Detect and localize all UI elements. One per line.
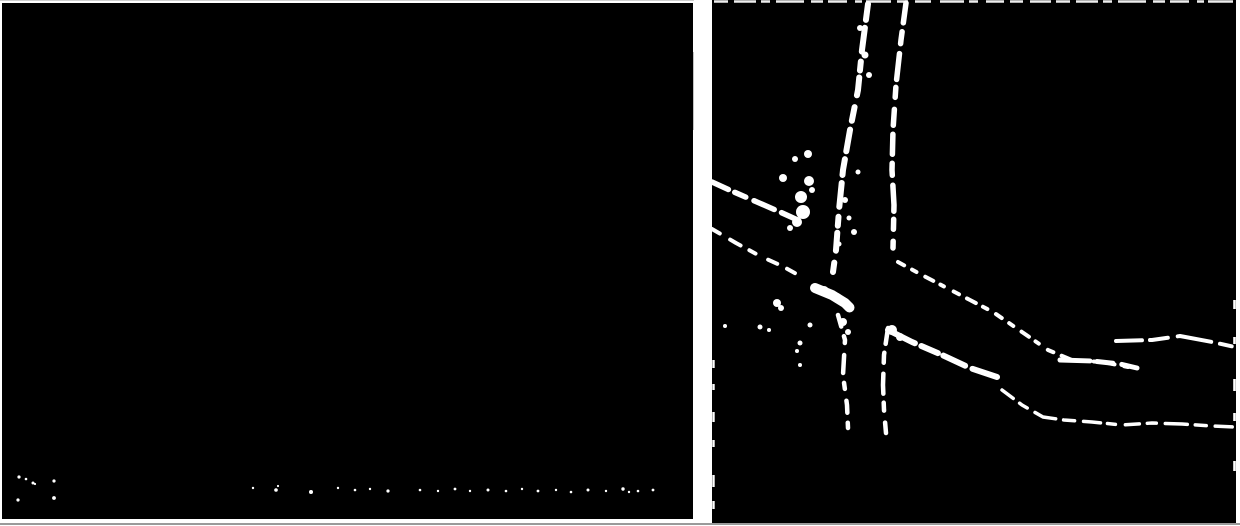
- speck: [795, 191, 807, 203]
- speck: [795, 349, 799, 353]
- speck: [628, 491, 630, 493]
- speck: [866, 72, 872, 78]
- wireB-bottom-edge-right-thin: [1002, 390, 1235, 427]
- speck: [309, 490, 313, 494]
- speck: [537, 490, 540, 493]
- speck: [798, 363, 802, 367]
- speck: [856, 170, 861, 175]
- speck: [17, 475, 20, 478]
- speck: [847, 216, 852, 221]
- speck: [837, 242, 842, 247]
- right-micrograph-panel: [712, 0, 1236, 523]
- speck: [851, 229, 857, 235]
- right-micrograph-canvas: [712, 0, 1236, 523]
- speck: [845, 329, 851, 335]
- top-hairline: [0, 0, 694, 1]
- speck: [587, 489, 590, 492]
- speck: [521, 488, 523, 490]
- speck: [832, 293, 842, 303]
- speck: [857, 25, 863, 31]
- speck: [767, 328, 771, 332]
- wireA-right-edge-upper: [892, 3, 906, 248]
- speck: [369, 488, 371, 490]
- speck: [792, 217, 802, 227]
- speck: [652, 489, 655, 492]
- speck: [819, 286, 829, 296]
- speck: [887, 325, 897, 335]
- speck: [843, 302, 851, 310]
- speck: [758, 325, 763, 330]
- speck: [808, 323, 813, 328]
- right-top-line: [1116, 336, 1235, 347]
- wireA-right-edge-lower: [883, 328, 888, 433]
- speck: [16, 498, 19, 501]
- speck: [419, 489, 422, 492]
- left-micrograph-canvas: [2, 3, 693, 519]
- speck: [34, 483, 36, 485]
- wireB-top-edge-left: [712, 182, 800, 221]
- figure-bottom-rule: [0, 523, 1240, 525]
- speck: [505, 490, 508, 493]
- speck: [809, 187, 815, 193]
- speck: [839, 318, 847, 326]
- speck: [570, 491, 573, 494]
- speck: [792, 156, 798, 162]
- speck: [787, 225, 793, 231]
- right-mid-line: [1060, 360, 1137, 368]
- micrograph-figure: [0, 0, 1240, 526]
- speck: [798, 341, 803, 346]
- speck: [779, 174, 787, 182]
- speck: [454, 488, 457, 491]
- speck: [52, 479, 55, 482]
- speck: [555, 489, 557, 491]
- speck: [437, 490, 439, 492]
- speck: [804, 150, 812, 158]
- left-micrograph-panel: [2, 3, 693, 519]
- wireB-bottom-edge-right-thick: [888, 330, 997, 377]
- speck: [637, 490, 640, 493]
- speck: [277, 485, 279, 487]
- speck: [25, 478, 28, 481]
- speck: [354, 489, 357, 492]
- speck: [252, 487, 254, 489]
- speck: [804, 176, 814, 186]
- wireA-left-edge-upper: [833, 4, 868, 272]
- speck: [274, 488, 278, 492]
- speck: [796, 205, 810, 219]
- speck: [487, 489, 490, 492]
- speck: [337, 487, 339, 489]
- speck: [723, 324, 727, 328]
- wireB-bottom-edge-left: [712, 229, 802, 277]
- speck: [896, 333, 904, 341]
- speck: [862, 52, 869, 59]
- panel-gap-shadow: [693, 52, 694, 130]
- speck: [778, 305, 784, 311]
- speck: [386, 489, 389, 492]
- speck: [842, 197, 848, 203]
- speck: [621, 487, 624, 490]
- speck: [605, 490, 607, 492]
- speck: [469, 490, 471, 492]
- speck: [52, 496, 56, 500]
